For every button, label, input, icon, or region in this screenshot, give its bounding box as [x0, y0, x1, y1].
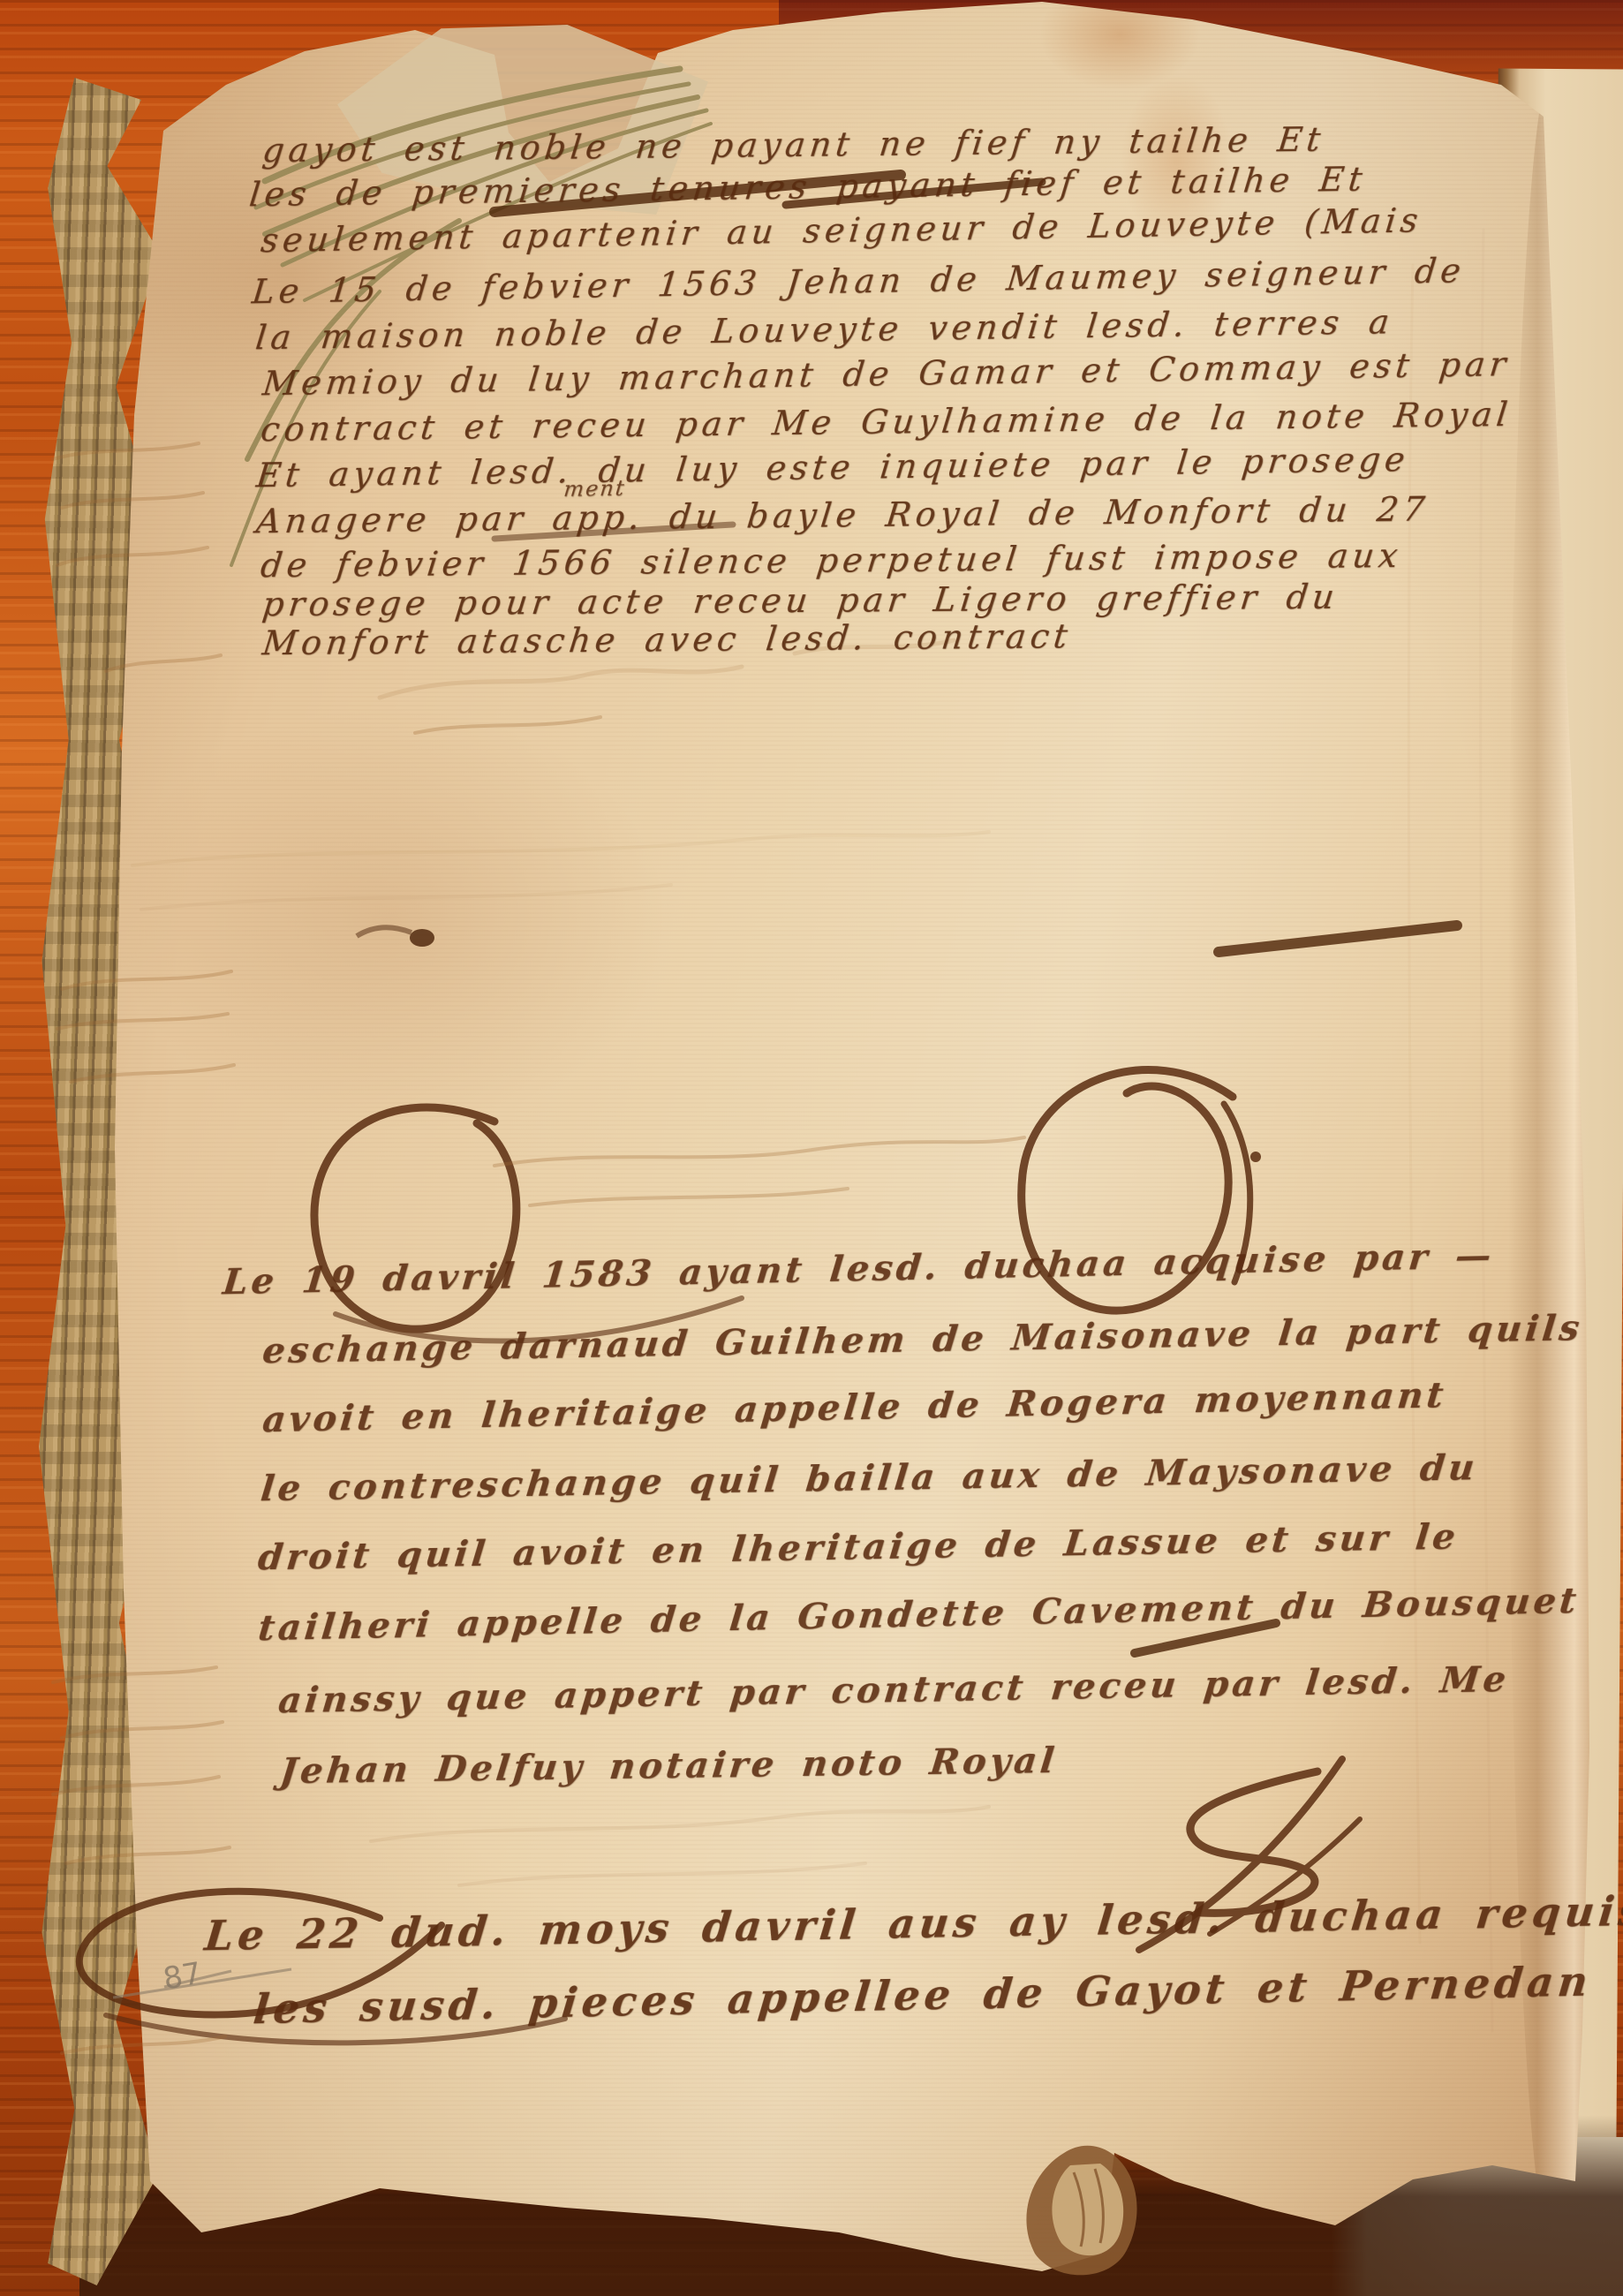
handwriting-line: Monfort atasche avec lesd. contract: [260, 616, 1074, 662]
page-hole: [1026, 2146, 1136, 2276]
interlinear-superscript: ment: [562, 476, 627, 502]
folio-number: 87: [161, 1956, 205, 1998]
ink-blot: [357, 927, 434, 947]
handwriting-line: prosege pour acte receu par Ligero greff…: [260, 577, 1340, 623]
photo-scene: gayot est noble ne payant ne fief ny tai…: [0, 0, 1623, 2296]
